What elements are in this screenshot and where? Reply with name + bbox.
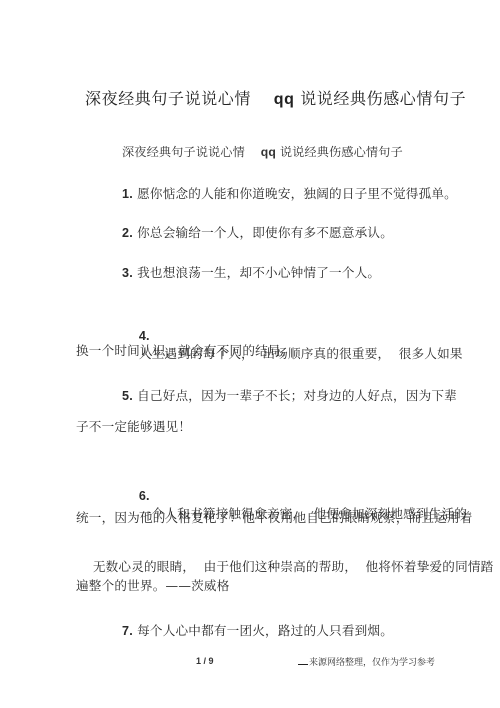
item-number: 7. bbox=[122, 624, 133, 638]
document-title: 深夜经典句子说说心情 qq 说说经典伤感心情句子 bbox=[85, 86, 466, 109]
item-number: 3. bbox=[122, 266, 133, 280]
item-text-line-1: 自己好点，因为一辈子不长；对身边的人好点，因为下辈 bbox=[137, 388, 457, 403]
item-text: 我也想浪荡一生，却不小心钟情了一个人。 bbox=[137, 265, 380, 280]
item-text-line-2: 换一个时间认识，就会有不同的结局。 bbox=[76, 343, 294, 358]
subtitle-text-part1: 深夜经典句子说说心情 bbox=[122, 145, 245, 159]
item-number: 2. bbox=[122, 226, 133, 240]
list-item-5-continuation: 子不一定能够遇见！ bbox=[76, 416, 191, 435]
item-number: 1. bbox=[122, 187, 133, 201]
footer-note-text: 来源网络整理，仅作为学习参考 bbox=[309, 658, 435, 668]
subtitle-text-part2: 说说经典伤感心情句子 bbox=[280, 145, 403, 159]
list-item-4-continuation: 换一个时间认识，就会有不同的结局。 bbox=[76, 340, 294, 359]
item-text-line-3: 无数心灵的眼睛， 由于他们这种崇高的帮助， 他将怀着挚爱的同情踏 bbox=[93, 559, 494, 574]
item-number: 5. bbox=[122, 389, 133, 403]
list-item-6-continuation-3: 遍整个的世界。——茨威格 bbox=[76, 575, 230, 594]
underline-mark bbox=[298, 664, 308, 665]
list-item-6-continuation-1: 统一，因为他的人格复化了：他不仅用他自己的眼睛观察，而且运用着 bbox=[76, 507, 473, 526]
list-item-5: 5. 自己好点，因为一辈子不长；对身边的人好点，因为下辈 bbox=[122, 385, 457, 404]
title-text-part2: 说说经典伤感心情句子 bbox=[300, 89, 466, 108]
title-text-part1: 深夜经典句子说说心情 bbox=[85, 89, 251, 108]
subtitle-text-latin: qq bbox=[261, 145, 276, 159]
document-page: 深夜经典句子说说心情 qq 说说经典伤感心情句子 深夜经典句子说说心情 qq 说… bbox=[0, 0, 500, 708]
list-item-1: 1. 愿你惦念的人能和你道晚安，独阔的日子里不觉得孤单。 bbox=[122, 183, 457, 202]
document-subtitle: 深夜经典句子说说心情 qq 说说经典伤感心情句子 bbox=[122, 143, 403, 160]
title-text-latin: qq bbox=[274, 91, 295, 108]
item-text-line-2: 子不一定能够遇见！ bbox=[76, 419, 191, 434]
item-text-line-2: 统一，因为他的人格复化了：他不仅用他自己的眼睛观察，而且运用着 bbox=[76, 510, 473, 525]
item-text: 每个人心中都有一团火，路过的人只看到烟。 bbox=[137, 623, 393, 638]
page-indicator: 1 / 9 bbox=[196, 656, 214, 666]
list-item-7: 7. 每个人心中都有一团火，路过的人只看到烟。 bbox=[122, 620, 393, 639]
list-item-2: 2. 你总会输给一个人，即使你有多不愿意承认。 bbox=[122, 222, 393, 241]
item-text: 你总会输给一个人，即使你有多不愿意承认。 bbox=[137, 225, 393, 240]
item-text-line-4: 遍整个的世界。——茨威格 bbox=[76, 578, 230, 593]
item-number: 6. bbox=[139, 489, 150, 503]
item-text: 愿你惦念的人能和你道晚安，独阔的日子里不觉得孤单。 bbox=[137, 186, 457, 201]
footer-note: 来源网络整理，仅作为学习参考 bbox=[298, 655, 435, 668]
list-item-3: 3. 我也想浪荡一生，却不小心钟情了一个人。 bbox=[122, 262, 380, 281]
list-item-6: 6. 一个人和书籍接触得愈亲密， 他便愈加深刻地感到生活的 bbox=[122, 473, 467, 537]
